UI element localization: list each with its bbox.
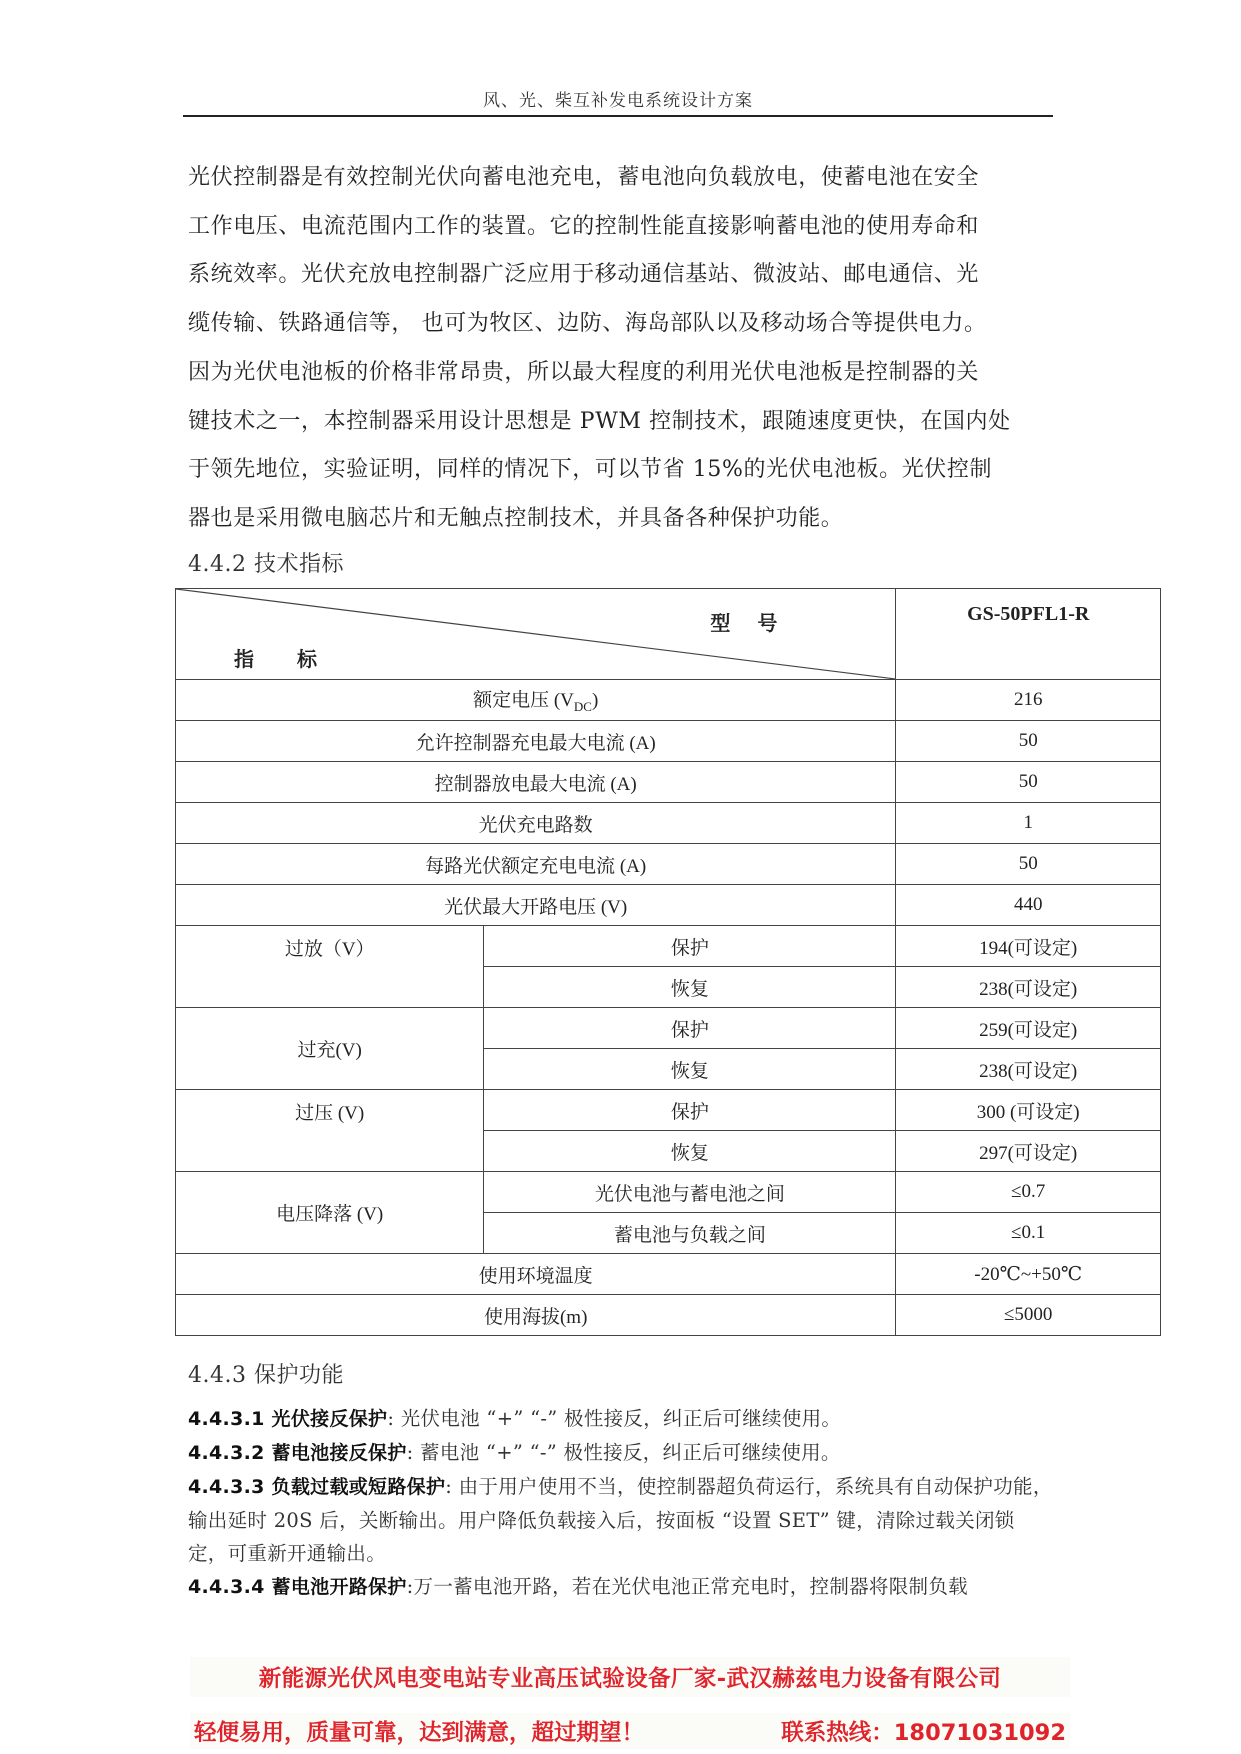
row-value: 50	[896, 721, 1161, 762]
protection-title: 4.4.3.1 光伏接反保护	[188, 1408, 387, 1430]
table-row: 过压 (V) 保护 300 (可设定)	[176, 1090, 1161, 1131]
sub-label: 恢复	[484, 1131, 896, 1172]
protection-item: 4.4.3.2 蓄电池接反保护: 蓄电池 “+” “-” 极性接反，纠正后可继续…	[188, 1436, 1054, 1470]
footer-slogan-banner: 轻便易用，质量可靠，达到满意，超过期望！ 联系热线：18071031092	[190, 1713, 1070, 1749]
table-row: 过充(V) 保护 259(可设定)	[176, 1008, 1161, 1049]
intro-line: 缆传输、铁路通信等， 也可为牧区、边防、海岛部队以及移动场合等提供电力。	[188, 300, 1054, 349]
row-value: -20℃~+50℃	[896, 1254, 1161, 1295]
row-value: 1	[896, 803, 1161, 844]
row-label: 允许控制器充电最大电流 (A)	[176, 721, 896, 762]
sub-label: 蓄电池与负载之间	[484, 1213, 896, 1254]
row-label: 使用环境温度	[176, 1254, 896, 1295]
group-label: 电压降落 (V)	[176, 1172, 484, 1254]
group-label: 过放（V）	[176, 926, 484, 1008]
row-value: 238(可设定)	[896, 967, 1161, 1008]
row-value: ≤0.7	[896, 1172, 1161, 1213]
row-value: 216	[896, 680, 1161, 721]
group-label: 过充(V)	[176, 1008, 484, 1090]
section-title-protection: 4.4.3 保护功能	[188, 1358, 344, 1389]
intro-line: 光伏控制器是有效控制光伏向蓄电池充电，蓄电池向负载放电，使蓄电池在安全	[188, 154, 1054, 203]
row-label: 每路光伏额定充电电流 (A)	[176, 844, 896, 885]
table-row: 光伏充电路数 1	[176, 803, 1161, 844]
sub-label: 保护	[484, 926, 896, 967]
table-row: 过放（V） 保护 194(可设定)	[176, 926, 1161, 967]
sub-label: 保护	[484, 1090, 896, 1131]
protection-title: 4.4.3.2 蓄电池接反保护	[188, 1442, 407, 1464]
row-value: 238(可设定)	[896, 1049, 1161, 1090]
row-value: 297(可设定)	[896, 1131, 1161, 1172]
row-value: 259(可设定)	[896, 1008, 1161, 1049]
group-label: 过压 (V)	[176, 1090, 484, 1172]
table-row: 控制器放电最大电流 (A) 50	[176, 762, 1161, 803]
footer-slogan: 轻便易用，质量可靠，达到满意，超过期望！	[194, 1715, 644, 1747]
sub-label: 光伏电池与蓄电池之间	[484, 1172, 896, 1213]
row-label: 光伏最大开路电压 (V)	[176, 885, 896, 926]
table-row: 使用海拔(m) ≤5000	[176, 1295, 1161, 1336]
table-row: 电压降落 (V) 光伏电池与蓄电池之间 ≤0.7	[176, 1172, 1161, 1213]
table-row: 使用环境温度 -20℃~+50℃	[176, 1254, 1161, 1295]
sub-label: 恢复	[484, 1049, 896, 1090]
table-header-row: 型 号 指 标 GS-50PFL1-R	[176, 589, 1161, 680]
intro-line: 器也是采用微电脑芯片和无触点控制技术，并具备各种保护功能。	[188, 495, 1054, 544]
protection-list: 4.4.3.1 光伏接反保护: 光伏电池 “+” “-” 极性接反，纠正后可继续…	[188, 1402, 1054, 1604]
intro-line: 于领先地位，实验证明，同样的情况下，可以节省 15%的光伏电池板。光伏控制	[188, 446, 1054, 495]
intro-line: 键技术之一，本控制器采用设计思想是 PWM 控制技术，跟随速度更快，在国内处	[188, 398, 1054, 447]
protection-item: 4.4.3.1 光伏接反保护: 光伏电池 “+” “-” 极性接反，纠正后可继续…	[188, 1402, 1054, 1436]
table-row: 额定电压 (VDC) 216	[176, 680, 1161, 721]
page-header: 风、光、柴互补发电系统设计方案	[183, 86, 1053, 111]
intro-line: 工作电压、电流范围内工作的装置。它的控制性能直接影响蓄电池的使用寿命和	[188, 203, 1054, 252]
section-title-tech-specs: 4.4.2 技术指标	[188, 547, 344, 578]
row-value: 440	[896, 885, 1161, 926]
row-value: ≤0.1	[896, 1213, 1161, 1254]
row-label: 额定电压 (VDC)	[176, 680, 896, 721]
table-row: 每路光伏额定充电电流 (A) 50	[176, 844, 1161, 885]
intro-line: 系统效率。光伏充放电控制器广泛应用于移动通信基站、微波站、邮电通信、光	[188, 251, 1054, 300]
footer-company-banner: 新能源光伏风电变电站专业高压试验设备厂家-武汉赫兹电力设备有限公司	[190, 1657, 1070, 1697]
spec-table: 型 号 指 标 GS-50PFL1-R 额定电压 (VDC) 216 允许控制器…	[175, 588, 1161, 1336]
table-row: 允许控制器充电最大电流 (A) 50	[176, 721, 1161, 762]
header-index-label: 指 标	[234, 643, 335, 672]
header-rule	[183, 115, 1053, 117]
intro-line: 因为光伏电池板的价格非常昂贵，所以最大程度的利用光伏电池板是控制器的关	[188, 349, 1054, 398]
row-label: 光伏充电路数	[176, 803, 896, 844]
protection-title: 4.4.3.4 蓄电池开路保护	[188, 1576, 407, 1598]
protection-title: 4.4.3.3 负载过载或短路保护	[188, 1476, 445, 1498]
row-label: 控制器放电最大电流 (A)	[176, 762, 896, 803]
sub-label: 恢复	[484, 967, 896, 1008]
footer-hotline: 联系热线：18071031092	[781, 1715, 1066, 1747]
model-name-cell: GS-50PFL1-R	[896, 589, 1161, 680]
row-value: ≤5000	[896, 1295, 1161, 1336]
intro-paragraph: 光伏控制器是有效控制光伏向蓄电池充电，蓄电池向负载放电，使蓄电池在安全 工作电压…	[188, 154, 1054, 544]
header-model-label: 型 号	[710, 607, 787, 636]
protection-item: 4.4.3.3 负载过载或短路保护: 由于用户使用不当，使控制器超负荷运行，系统…	[188, 1470, 1054, 1570]
row-value: 50	[896, 762, 1161, 803]
row-value: 300 (可设定)	[896, 1090, 1161, 1131]
row-value: 194(可设定)	[896, 926, 1161, 967]
sub-label: 保护	[484, 1008, 896, 1049]
protection-item: 4.4.3.4 蓄电池开路保护:万一蓄电池开路，若在光伏电池正常充电时，控制器将…	[188, 1570, 1054, 1604]
row-value: 50	[896, 844, 1161, 885]
table-row: 光伏最大开路电压 (V) 440	[176, 885, 1161, 926]
diagonal-header-cell: 型 号 指 标	[176, 589, 896, 680]
row-label: 使用海拔(m)	[176, 1295, 896, 1336]
